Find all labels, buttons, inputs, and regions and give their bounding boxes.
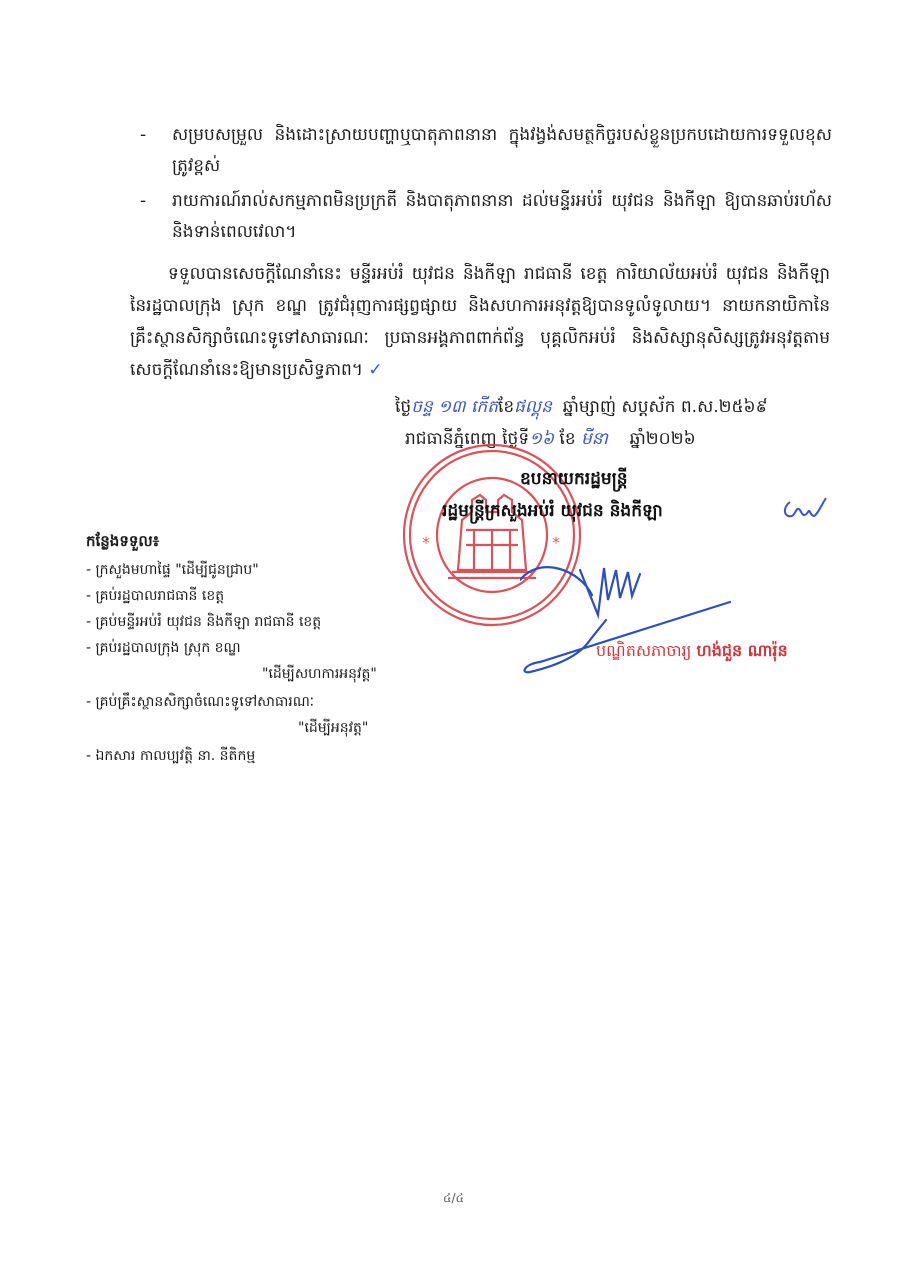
recipient-item: - គ្រប់គ្រឹះស្ថានសិក្សាចំណេះទូទៅសាធារណៈ [86,692,314,713]
bullet-text: សម្របសម្រួល និងដោះស្រាយបញ្ហាឬបាតុភាពនានា… [172,120,832,182]
page-number: ៤/៤ [443,1190,464,1208]
signatory-title-deputy-pm: ឧបនាយករដ្ឋមន្ត្រី [520,468,628,493]
signer-full-name: ហង់ជួន ណារ៉ុន [696,641,787,660]
document-page: - សម្របសម្រួល និងដោះស្រាយបញ្ហាឬបាតុភាពនា… [0,0,905,1280]
recipient-item: - ក្រសួងមហាផ្ទៃ "ដើម្បីជូនជ្រាប" [86,560,259,581]
bullet-text: រាយការណ៍រាល់សកម្មភាពមិនប្រក្រតី និងបាតុភ… [172,186,832,248]
recipient-item: - គ្រប់រដ្ឋបាលក្រុង ស្រុក ខណ្ឌ [86,638,241,659]
recipient-note: "ដើម្បីអនុវត្ត" [298,718,368,739]
month-label: ខែ [498,397,514,417]
recipient-item: - គ្រប់រដ្ឋបាលរាជធានី ខេត្ត [86,586,224,607]
date-prefix: ថ្ងៃ [395,397,411,417]
svg-text:*: * [422,533,430,552]
svg-text:*: * [552,533,560,552]
recipient-note: "ដើម្បីសហការអនុវត្ត" [262,664,377,685]
lunar-date-line: ថ្ងៃចន្ទ ១៣ កើតខែផល្គុន ឆ្នាំម្សាញ់ សប្ត… [395,396,768,421]
paragraph-text: ទទួលបានសេចក្ដីណែនាំនេះ មន្ទីរអប់រំ យុវជន… [130,264,830,380]
recipient-item: - ឯកសារ កាលប្បវត្តិ នា. នីតិកម្ម [86,746,255,767]
recipient-item: - គ្រប់មន្ទីរអប់រំ យុវជន និងកីឡា រាជធានី… [86,612,321,633]
checkmark-icon: ✓ [368,360,382,380]
year: ឆ្នាំ២០២៦ [630,429,696,449]
bullet-dash: - [140,186,146,217]
signatory-title-minister: រដ្ឋមន្ត្រីក្រសួងអប់រំ យុវជន និងកីឡា [442,500,663,525]
handwritten-lunar-month: ផល្គុន [514,397,552,417]
signer-honorific: បណ្ឌិតសភាចារ្យ [596,641,691,660]
lunar-year: ឆ្នាំម្សាញ់ សប្តស័ក ព.ស.២៥៦៩ [563,397,768,417]
handwritten-month: មីនា [581,429,608,449]
recipients-title: កន្លែងទទួល៖ [86,532,159,554]
initial-mark-icon [780,494,828,524]
signer-name: បណ្ឌិតសភាចារ្យ ហង់ជួន ណារ៉ុន [596,640,788,664]
body-paragraph: ទទួលបានសេចក្ដីណែនាំនេះ មន្ទីរអប់រំ យុវជន… [130,258,830,386]
bullet-dash: - [140,120,146,151]
handwritten-lunar-day: ចន្ទ ១៣ កើត [411,397,498,417]
